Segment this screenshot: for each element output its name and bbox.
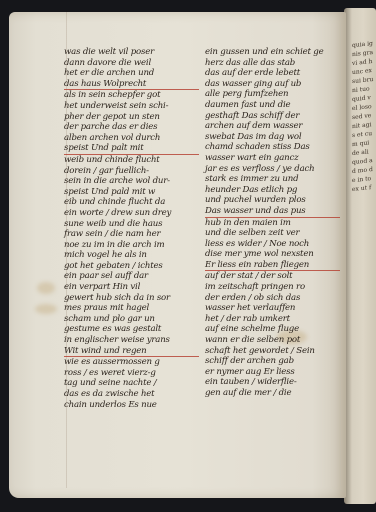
text-line: im zeitschaft pringen ro	[205, 282, 340, 293]
text-line: wann er die selben pot	[205, 335, 340, 346]
text-line: gestume es was gestalt	[64, 324, 199, 335]
text-line: het / der rab umkert	[205, 314, 340, 325]
text-line: schiff der archen gab	[205, 356, 340, 367]
text-line: gesthaft Das schiff der	[205, 111, 340, 122]
text-line: das wasser ging auf ub	[205, 79, 340, 90]
text-line: heunder Das etlich pg	[205, 185, 340, 196]
stain	[35, 304, 57, 314]
text-line: swebat Das im dag wol	[205, 132, 340, 143]
text-line: dise mer yme wol nexsten	[205, 249, 340, 260]
text-line: eib und chinde flucht da	[64, 197, 199, 208]
text-line: noe zu im in die arch im	[64, 240, 199, 251]
text-line: gewert hub sich da in sor	[64, 293, 199, 304]
text-line: daumen fast und die	[205, 100, 340, 111]
text-line: ein tauben / widerflie-	[205, 377, 340, 388]
text-line: schaft het gewordet / Sein	[205, 346, 340, 357]
text-line: gen auf die mer / die	[205, 388, 340, 399]
text-line: Er liess ein raben fliegen	[205, 260, 340, 272]
text-line: ein paar sel auff dar	[64, 271, 199, 282]
text-line: ross / es weret vierz-g	[64, 368, 199, 379]
text-line: Wit wind und regen	[64, 346, 199, 358]
text-line: mich vogel he als in	[64, 250, 199, 261]
text-line: alben archen vol durch	[64, 133, 199, 144]
text-line: Das wasser und das pus	[205, 206, 340, 218]
text-line: dann davore die weil	[64, 58, 199, 69]
text-line: der parche das er dies	[64, 122, 199, 133]
text-line: chain underlos Es nue	[64, 400, 199, 411]
text-line: pher der gepot un sten	[64, 112, 199, 123]
text-line: und puchel wurden plos	[205, 195, 340, 206]
text-line: auf der stat / der solt	[205, 271, 340, 282]
text-line: sune weib und die haus	[64, 219, 199, 230]
text-line: was die welt vil poser	[64, 47, 199, 58]
text-line: er nymer aug Er liess	[205, 367, 340, 378]
text-line: scham und plo gar un	[64, 314, 199, 325]
stain	[37, 282, 55, 294]
facing-page-text: quia ignis gravi ad hunc ex sui bruni tu…	[352, 39, 374, 191]
text-line: das auf der erde lebett	[205, 68, 340, 79]
text-line: in englischer weise yrans	[64, 335, 199, 346]
text-line: der erden / ob sich das	[205, 293, 340, 304]
text-line: auf eine schelme fluge	[205, 324, 340, 335]
text-line: speist Und pald mit w	[64, 187, 199, 198]
text-line: und die selben zeit ver	[205, 228, 340, 239]
text-line: alle perg fumfzehen	[205, 89, 340, 100]
text-line: ein worte / drew sun drey	[64, 208, 199, 219]
text-line: jar es es verfloss / ye dach	[205, 164, 340, 175]
text-line: als in sein schepfer got	[64, 90, 199, 101]
text-line: het underweist sein schi-	[64, 101, 199, 112]
text-line: speist Und palt mit	[64, 143, 199, 155]
text-line: stark es immer zu und	[205, 174, 340, 185]
text-line: wasser wart ein gancz	[205, 153, 340, 164]
text-line: weib und chinde flucht	[64, 155, 199, 166]
text-line: wasser het verlauffen	[205, 303, 340, 314]
text-line: das es da zwische het	[64, 389, 199, 400]
text-line: sein in die arche wol dur-	[64, 176, 199, 187]
text-line: tag und seine nachte /	[64, 378, 199, 389]
text-line: wie es aussermossen g	[64, 357, 199, 368]
right-text-column: ein gussen und ein schiet geherz das all…	[205, 47, 340, 399]
text-line: ein gussen und ein schiet ge	[205, 47, 340, 58]
text-line: das haus Wolprecht	[64, 79, 199, 91]
left-text-column: was die welt vil poserdann davore die we…	[64, 47, 199, 410]
text-line: het er die archen und	[64, 68, 199, 79]
text-line: herz das alle das stab	[205, 58, 340, 69]
text-line: mes praus mit hagel	[64, 303, 199, 314]
text-line: ein verpart Hin vil	[64, 282, 199, 293]
text-line: got het gebaten / ichtes	[64, 261, 199, 272]
text-line: fraw sein / die nam her	[64, 229, 199, 240]
text-line: dorein / gar fuellich-	[64, 166, 199, 177]
text-line: chamd schaden stiss Das	[205, 142, 340, 153]
text-line: hub in den maien im	[205, 218, 340, 229]
text-line: liess es wider / Noe noch	[205, 239, 340, 250]
text-line: archen auf dem wasser	[205, 121, 340, 132]
